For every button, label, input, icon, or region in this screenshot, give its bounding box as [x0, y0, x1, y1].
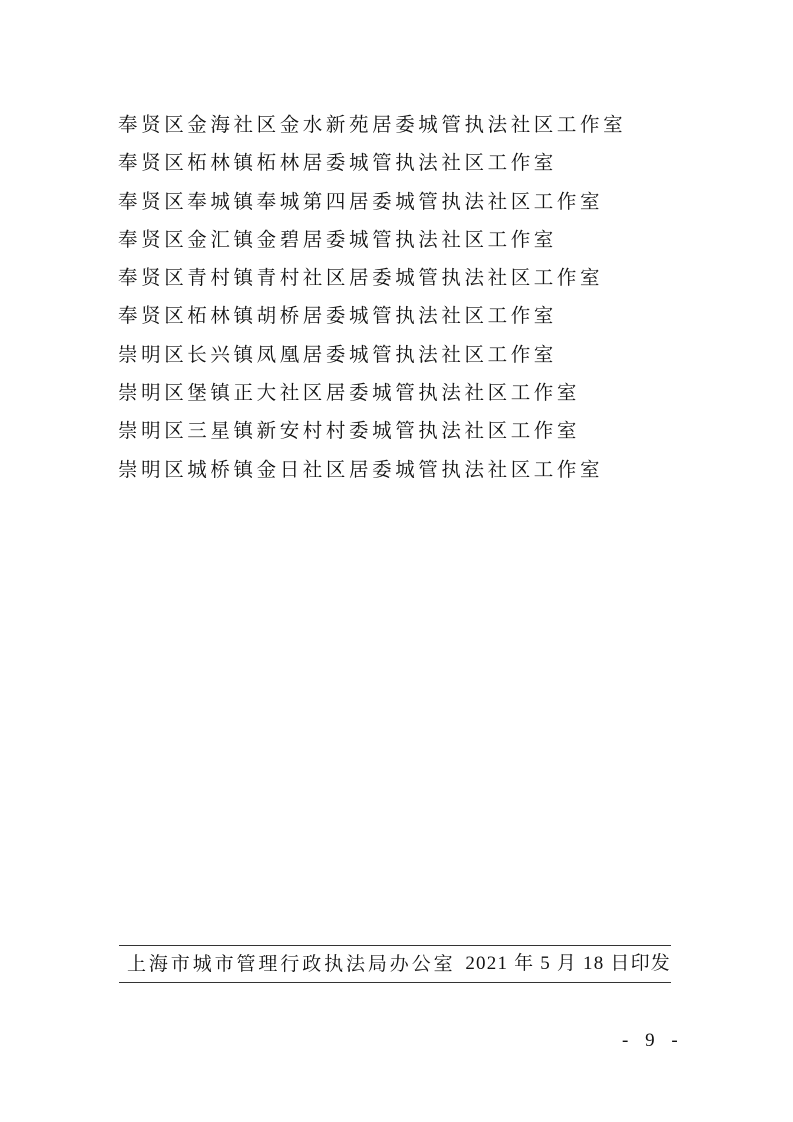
recipient-item: 奉贤区金海社区金水新苑居委城管执法社区工作室 [118, 106, 626, 144]
recipient-item: 崇明区堡镇正大社区居委城管执法社区工作室 [118, 374, 626, 412]
recipient-item: 奉贤区柘林镇柘林居委城管执法社区工作室 [118, 144, 626, 182]
issuance-footer: 上海市城市管理行政执法局办公室 2021 年 5 月 18 日印发 [127, 948, 671, 980]
issue-date: 2021 年 5 月 18 日印发 [465, 948, 671, 980]
footer-top-rule [119, 945, 671, 946]
recipient-list: 奉贤区金海社区金水新苑居委城管执法社区工作室 奉贤区柘林镇柘林居委城管执法社区工… [118, 106, 626, 489]
recipient-item: 崇明区三星镇新安村村委城管执法社区工作室 [118, 412, 626, 450]
recipient-item: 崇明区长兴镇凤凰居委城管执法社区工作室 [118, 336, 626, 374]
page-number: - 9 - [622, 1030, 684, 1052]
recipient-item: 奉贤区金汇镇金碧居委城管执法社区工作室 [118, 221, 626, 259]
recipient-item: 崇明区城桥镇金日社区居委城管执法社区工作室 [118, 451, 626, 489]
footer-bottom-rule [119, 982, 671, 983]
recipient-item: 奉贤区青村镇青村社区居委城管执法社区工作室 [118, 259, 626, 297]
recipient-item: 奉贤区奉城镇奉城第四居委城管执法社区工作室 [118, 183, 626, 221]
issuer-name: 上海市城市管理行政执法局办公室 [127, 948, 456, 980]
recipient-item: 奉贤区柘林镇胡桥居委城管执法社区工作室 [118, 297, 626, 335]
